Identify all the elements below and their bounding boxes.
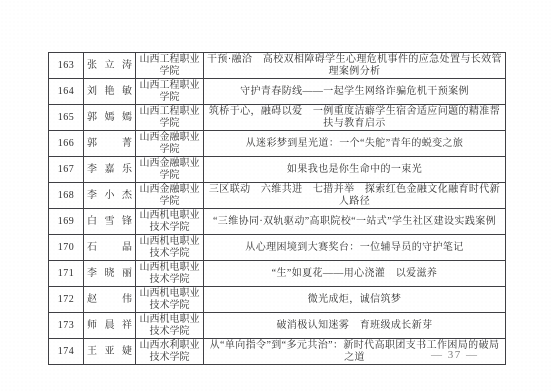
- table-row: 164刘艳敏山西工程职业学院守护青春防线——一起学生网络诈骗危机干预案例: [49, 79, 506, 105]
- cell-name: 师晨祥: [84, 313, 136, 339]
- table-row: 173师晨祥山西机电职业技术学院破消极认知迷雾 育班级成长新芽: [49, 313, 506, 339]
- table-row: 172赵伟山西机电职业技术学院微光成炬，诚信筑梦: [49, 287, 506, 313]
- page-number: — 37 —: [431, 349, 479, 361]
- cell-title: 破消极认知迷雾 育班级成长新芽: [204, 313, 506, 339]
- table-row: 163张立涛山西工程职业学院干预·融洽 高校双相障碍学生心理危机事件的应急处置与…: [49, 53, 506, 79]
- table-row: 169白雪锋山西机电职业技术学院“三维协同·双轨驱动”高职院校“一站式”学生社区…: [49, 209, 506, 235]
- cell-title: 守护青春防线——一起学生网络诈骗危机干预案例: [204, 79, 506, 105]
- cell-institution: 山西金融职业学院: [136, 131, 204, 157]
- table-row: 170石晶山西机电职业技术学院从心理困境到大赛奖台：一位辅导员的守护笔记: [49, 235, 506, 261]
- cell-number: 168: [49, 183, 84, 209]
- cell-name: 李嘉乐: [84, 157, 136, 183]
- cell-name: 郭菁: [84, 131, 136, 157]
- cell-number: 171: [49, 261, 84, 287]
- cell-name: 张立涛: [84, 53, 136, 79]
- case-list-table: 163张立涛山西工程职业学院干预·融洽 高校双相障碍学生心理危机事件的应急处置与…: [48, 52, 506, 365]
- cell-institution: 山西机电职业技术学院: [136, 235, 204, 261]
- cell-name: 赵伟: [84, 287, 136, 313]
- cell-name: 刘艳敏: [84, 79, 136, 105]
- cell-institution: 山西机电职业技术学院: [136, 287, 204, 313]
- cell-number: 165: [49, 105, 84, 131]
- cell-number: 166: [49, 131, 84, 157]
- table-row: 167李嘉乐山西金融职业学院如果我也是你生命中的一束光: [49, 157, 506, 183]
- cell-name: 李晓丽: [84, 261, 136, 287]
- cell-number: 170: [49, 235, 84, 261]
- cell-title: 干预·融洽 高校双相障碍学生心理危机事件的应急处置与长效管理案例分析: [204, 53, 506, 79]
- table-row: 168李小杰山西金融职业学院三区联动 六维共进 七措并举 探索红色金融文化融育时…: [49, 183, 506, 209]
- cell-number: 163: [49, 53, 84, 79]
- cell-institution: 山西工程职业学院: [136, 53, 204, 79]
- cell-institution: 山西工程职业学院: [136, 79, 204, 105]
- cell-name: 王亚婕: [84, 339, 136, 365]
- cell-number: 167: [49, 157, 84, 183]
- cell-number: 172: [49, 287, 84, 313]
- cell-institution: 山西机电职业技术学院: [136, 209, 204, 235]
- cell-title: 从迷彩梦到星光道：一个“失舵”青年的蜕变之旅: [204, 131, 506, 157]
- cell-title: “三维协同·双轨驱动”高职院校“一站式”学生社区建设实践案例: [204, 209, 506, 235]
- table-row: 165郭嫣嫣山西工程职业学院筑桥于心，融碍以爱 一例重度洁癖学生宿舍适应问题的精…: [49, 105, 506, 131]
- cell-name: 李小杰: [84, 183, 136, 209]
- cell-institution: 山西机电职业技术学院: [136, 261, 204, 287]
- table-row: 171李晓丽山西机电职业技术学院“生”如夏花——用心浇灌 以爱滋养: [49, 261, 506, 287]
- document-page: 163张立涛山西工程职业学院干预·融洽 高校双相障碍学生心理危机事件的应急处置与…: [0, 0, 553, 391]
- cell-title: 从心理困境到大赛奖台：一位辅导员的守护笔记: [204, 235, 506, 261]
- cell-title: 如果我也是你生命中的一束光: [204, 157, 506, 183]
- case-list-table-body: 163张立涛山西工程职业学院干预·融洽 高校双相障碍学生心理危机事件的应急处置与…: [49, 53, 506, 365]
- cell-number: 174: [49, 339, 84, 365]
- cell-institution: 山西工程职业学院: [136, 105, 204, 131]
- cell-institution: 山西机电职业技术学院: [136, 313, 204, 339]
- cell-name: 白雪锋: [84, 209, 136, 235]
- cell-institution: 山西金融职业学院: [136, 157, 204, 183]
- cell-institution: 山西金融职业学院: [136, 183, 204, 209]
- table-row: 166郭菁山西金融职业学院从迷彩梦到星光道：一个“失舵”青年的蜕变之旅: [49, 131, 506, 157]
- cell-institution: 山西水利职业技术学院: [136, 339, 204, 365]
- cell-title: 三区联动 六维共进 七措并举 探索红色金融文化融育时代新人路径: [204, 183, 506, 209]
- cell-title: “生”如夏花——用心浇灌 以爱滋养: [204, 261, 506, 287]
- cell-number: 173: [49, 313, 84, 339]
- cell-title: 微光成炬，诚信筑梦: [204, 287, 506, 313]
- cell-name: 郭嫣嫣: [84, 105, 136, 131]
- cell-name: 石晶: [84, 235, 136, 261]
- cell-number: 164: [49, 79, 84, 105]
- cell-number: 169: [49, 209, 84, 235]
- cell-title: 筑桥于心，融碍以爱 一例重度洁癖学生宿舍适应问题的精准帮扶与教育启示: [204, 105, 506, 131]
